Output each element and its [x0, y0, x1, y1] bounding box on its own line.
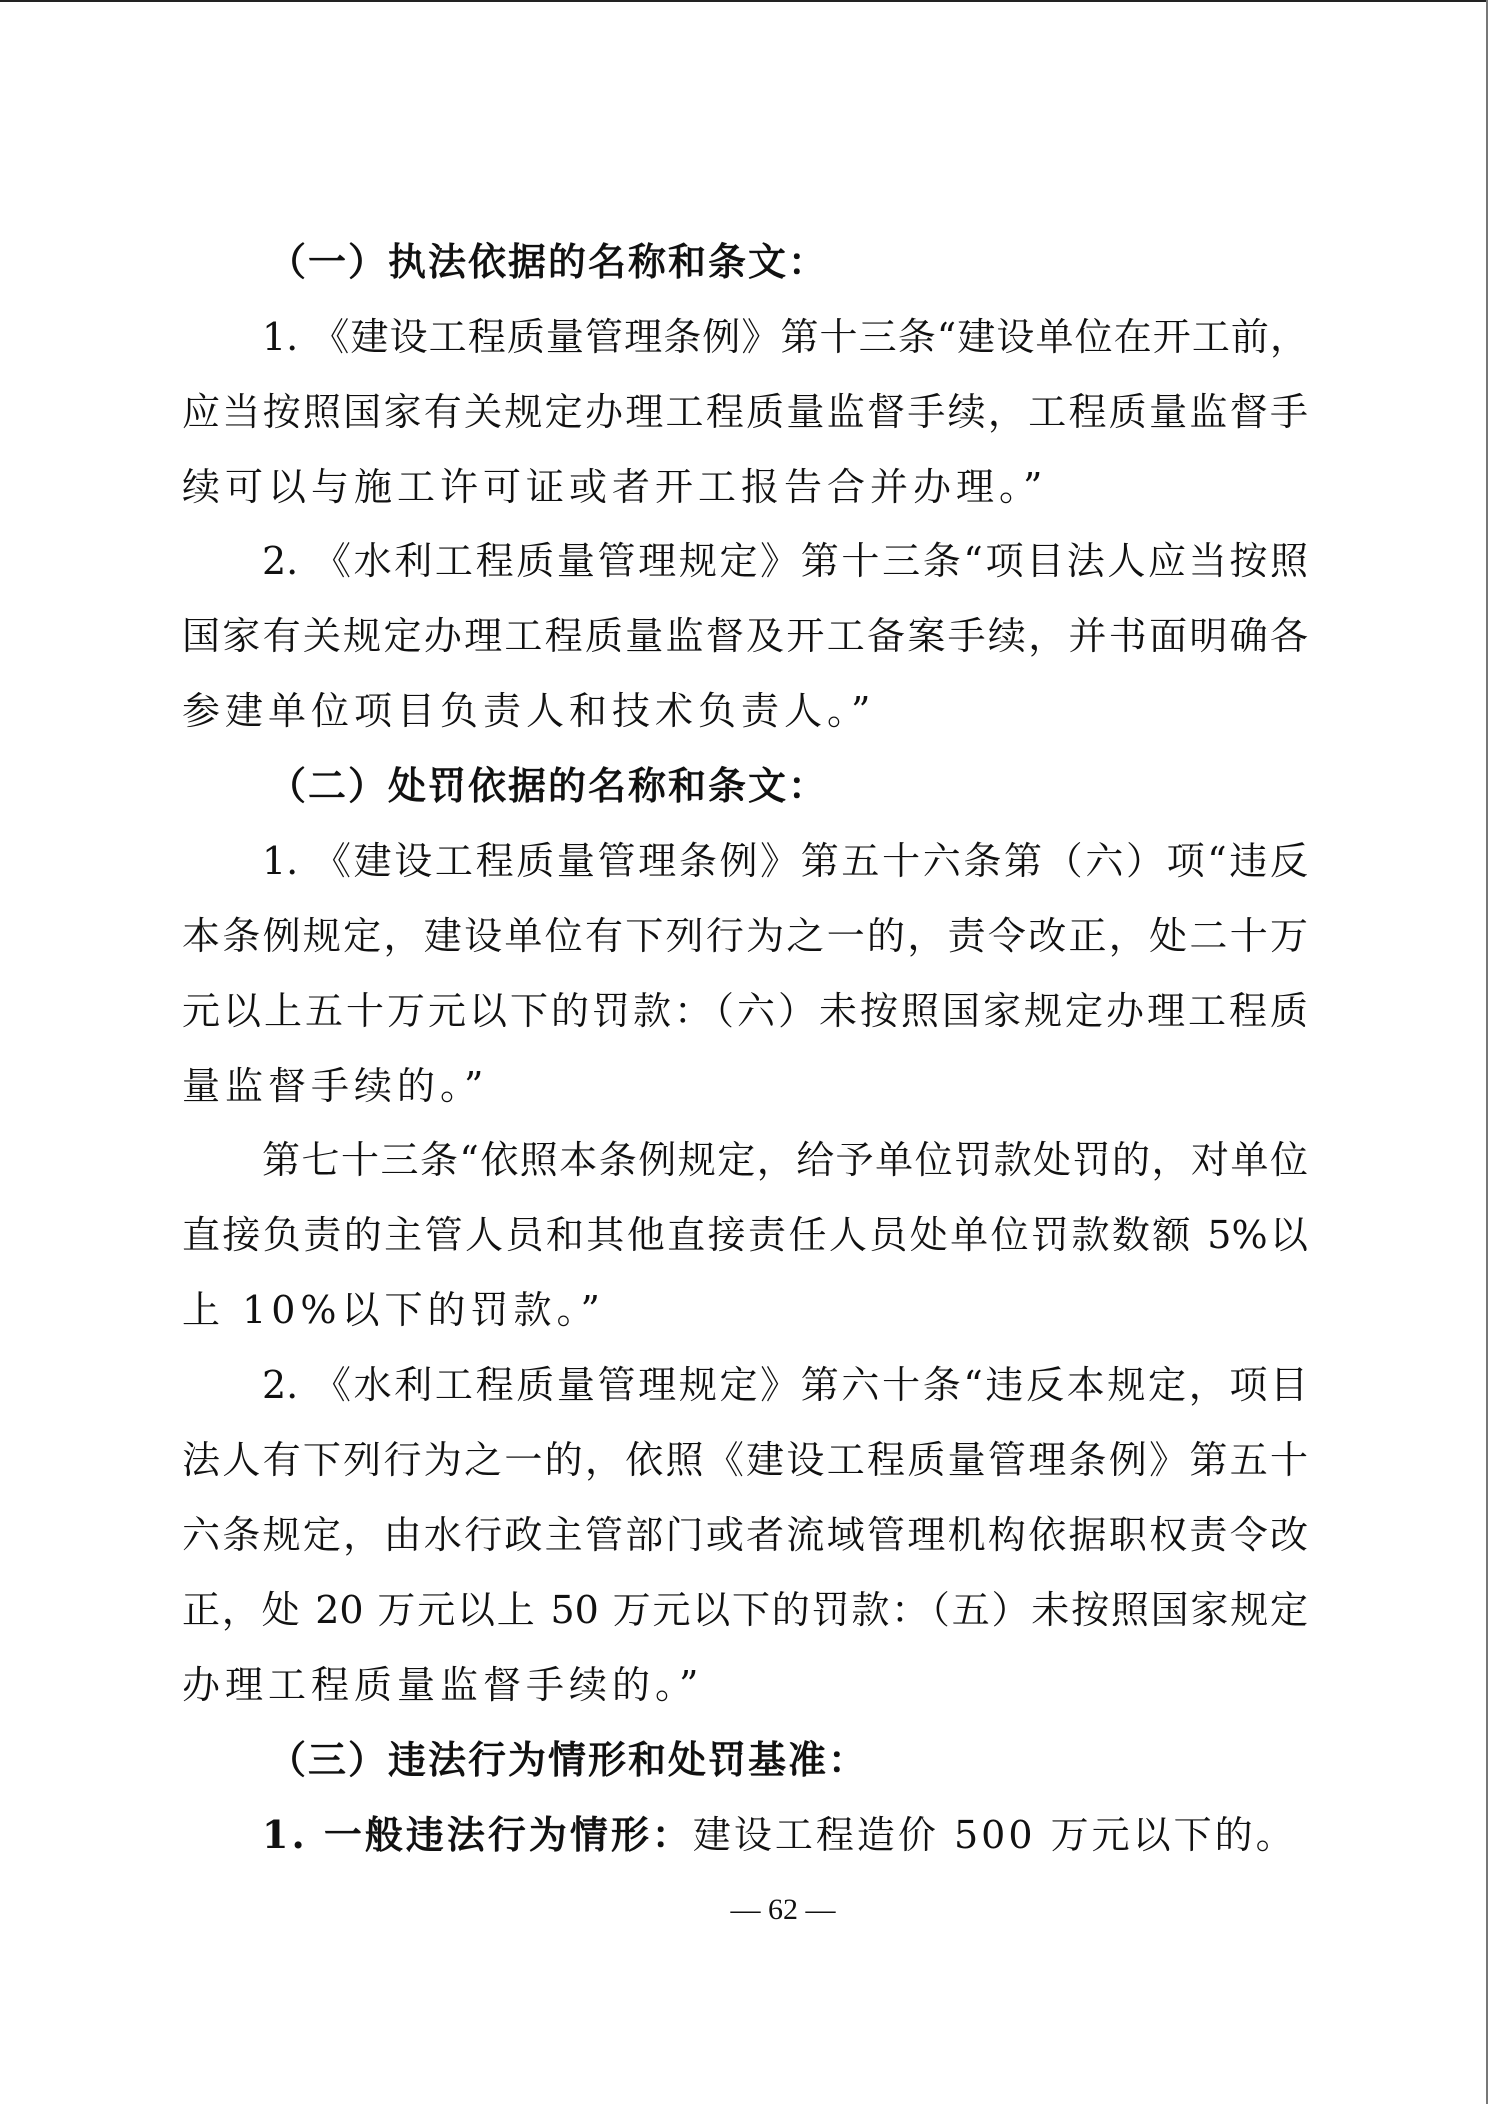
page-number: — 62 —	[0, 1890, 1488, 1930]
section-heading-penalty-basis: （二）处罚依据的名称和条文：	[268, 756, 1314, 816]
paragraph-line: 参建单位项目负责人和技术负责人。”	[182, 681, 1308, 741]
paragraph-line: 1. 《建设工程质量管理条例》第五十六条第（六）项“违反	[262, 831, 1308, 891]
paragraph-line: 2. 《水利工程质量管理规定》第六十条“违反本规定，项目	[262, 1355, 1308, 1415]
paragraph-line: 元以上五十万元以下的罚款：（六）未按照国家规定办理工程质	[182, 981, 1308, 1041]
paragraph-line: 正，处 20 万元以上 50 万元以下的罚款：（五）未按照国家规定	[182, 1580, 1308, 1640]
paragraph-line: 上 10%以下的罚款。”	[182, 1280, 1308, 1340]
paragraph-line: 量监督手续的。”	[182, 1056, 1308, 1116]
violation-item-label: 1. 一般违法行为情形：	[262, 1812, 693, 1857]
paragraph-line: 续可以与施工许可证或者开工报告合并办理。”	[182, 457, 1308, 517]
paragraph-line: 第七十三条“依照本条例规定，给予单位罚款处罚的，对单位	[262, 1130, 1308, 1190]
paragraph-line: 本条例规定，建设单位有下列行为之一的，责令改正，处二十万	[182, 906, 1308, 966]
paragraph-line: 国家有关规定办理工程质量监督及开工备案手续，并书面明确各	[182, 606, 1308, 666]
paragraph-line: 应当按照国家有关规定办理工程质量监督手续，工程质量监督手	[182, 382, 1308, 442]
document-page: （一）执法依据的名称和条文： 1. 《建设工程质量管理条例》第十三条“建设单位在…	[0, 0, 1488, 2104]
paragraph-line: 办理工程质量监督手续的。”	[182, 1655, 1308, 1715]
section-heading-enforcement-basis: （一）执法依据的名称和条文：	[268, 232, 1314, 292]
paragraph-line: 1. 《建设工程质量管理条例》第十三条“建设单位在开工前，	[262, 307, 1308, 367]
violation-item: 1. 一般违法行为情形：建设工程造价 500 万元以下的。	[262, 1805, 1308, 1865]
paragraph-line: 六条规定，由水行政主管部门或者流域管理机构依据职权责令改	[182, 1505, 1308, 1565]
paragraph-line: 直接负责的主管人员和其他直接责任人员处单位罚款数额 5%以	[182, 1205, 1308, 1265]
violation-item-text: 建设工程造价 500 万元以下的。	[693, 1813, 1297, 1857]
paragraph-line: 法人有下列行为之一的，依照《建设工程质量管理条例》第五十	[182, 1430, 1308, 1490]
section-heading-violation-criteria: （三）违法行为情形和处罚基准：	[268, 1730, 1314, 1790]
paragraph-line: 2. 《水利工程质量管理规定》第十三条“项目法人应当按照	[262, 531, 1308, 591]
